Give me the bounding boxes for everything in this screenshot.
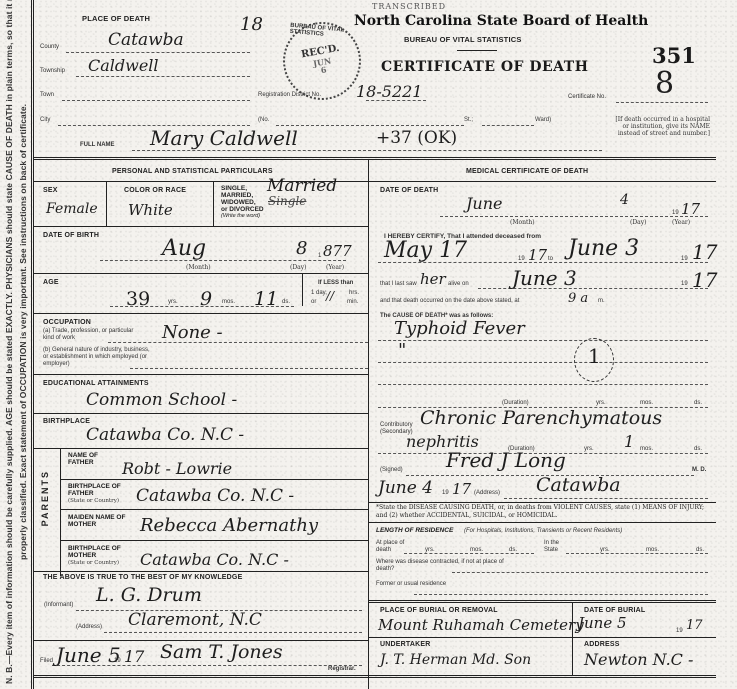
certificate-no-value[interactable]: 8 bbox=[655, 66, 674, 101]
place-of-death-heading: PLACE OF DEATH bbox=[82, 14, 150, 23]
footnote: *State the DISEASE CAUSING DEATH, or, in… bbox=[376, 504, 712, 519]
marital-value[interactable]: Married bbox=[267, 176, 337, 196]
registration-district-label: Registration District No. bbox=[258, 92, 321, 98]
ward-label: Ward) bbox=[535, 117, 551, 123]
signed-year[interactable]: 17 bbox=[452, 480, 471, 498]
margin-border bbox=[31, 0, 34, 689]
parents-label: PARENTS bbox=[40, 470, 50, 526]
birthplace-value[interactable]: Catawba Co. N.C - bbox=[86, 425, 244, 445]
marital-struck-value: Single bbox=[268, 194, 306, 208]
dob-day[interactable]: 8 bbox=[296, 238, 307, 259]
color-label: COLOR OR RACE bbox=[124, 187, 186, 194]
burial-year[interactable]: 17 bbox=[686, 618, 703, 633]
mother-birthplace-label: BIRTHPLACE OF MOTHER bbox=[68, 545, 128, 559]
page-number: 351 bbox=[652, 43, 696, 68]
less-than-min[interactable]: // bbox=[326, 289, 334, 303]
father-name-label: NAME OF FATHER bbox=[68, 452, 118, 466]
filed-date[interactable]: June 5 bbox=[56, 643, 121, 667]
dod-day[interactable]: 4 bbox=[620, 192, 629, 208]
age-years[interactable]: 39 bbox=[126, 288, 150, 310]
attended-from[interactable]: May 17 bbox=[384, 238, 467, 263]
father-birthplace-value[interactable]: Catawba Co. N.C - bbox=[136, 486, 294, 506]
side-instructions: N. B.—Every item of information should b… bbox=[2, 0, 32, 689]
undertaker-value[interactable]: J. T. Herman Md. Son bbox=[380, 652, 531, 668]
city-label: City bbox=[40, 117, 50, 123]
personal-heading: PERSONAL AND STATISTICAL PARTICULARS bbox=[112, 168, 273, 175]
attended-to[interactable]: June 3 bbox=[568, 236, 639, 261]
st-label: St.; bbox=[464, 117, 473, 123]
occupation-b-label: (b) General nature of industry, business… bbox=[43, 347, 153, 368]
signed-value[interactable]: Fred J Long bbox=[446, 448, 566, 472]
last-saw-pronoun[interactable]: her bbox=[420, 270, 446, 288]
township-label: Township bbox=[40, 68, 65, 74]
last-saw-year[interactable]: 17 bbox=[692, 268, 717, 292]
dob-year[interactable]: 877 bbox=[323, 242, 352, 260]
side-instructions-line1: N. B.—Every item of information should b… bbox=[4, 4, 14, 684]
full-name-annotation: +37 (OK) bbox=[376, 128, 457, 148]
sex-value[interactable]: Female bbox=[46, 201, 98, 217]
occupation-a-value[interactable]: None - bbox=[162, 322, 223, 343]
burial-place-value[interactable]: Mount Ruhamah Cemetery bbox=[378, 616, 584, 634]
color-value[interactable]: White bbox=[128, 201, 173, 219]
dob-month[interactable]: Aug bbox=[162, 236, 206, 261]
cause-ditto: " bbox=[398, 340, 406, 361]
full-name-value[interactable]: Mary Caldwell bbox=[150, 126, 298, 150]
no-label: (No. bbox=[258, 117, 269, 123]
residence-heading: LENGTH OF RESIDENCE bbox=[376, 527, 453, 534]
father-name-value[interactable]: Robt - Lowrie bbox=[122, 459, 232, 478]
cause-annotation: 1 bbox=[588, 344, 601, 368]
filed-year[interactable]: 17 bbox=[124, 647, 144, 666]
marital-label: SINGLE, MARRIED, WIDOWED, or DIVORCED (W… bbox=[221, 185, 264, 220]
dod-year[interactable]: 17 bbox=[681, 200, 700, 218]
education-label: EDUCATIONAL ATTAINMENTS bbox=[43, 380, 149, 387]
occupation-heading: OCCUPATION bbox=[43, 319, 91, 326]
medical-heading: MEDICAL CERTIFICATE OF DEATH bbox=[466, 168, 588, 175]
informant-address-value[interactable]: Claremont, N.C bbox=[128, 610, 262, 630]
age-days[interactable]: 11 bbox=[254, 288, 278, 310]
county-label: County bbox=[40, 44, 59, 50]
last-saw-date[interactable]: June 3 bbox=[512, 266, 577, 290]
dob-label: DATE OF BIRTH bbox=[43, 232, 99, 239]
father-birthplace-label: BIRTHPLACE OF FATHER bbox=[68, 483, 128, 497]
burial-date-label: DATE OF BURIAL bbox=[584, 607, 645, 614]
bureau-title: BUREAU OF VITAL STATISTICS bbox=[404, 35, 522, 44]
sex-label: SEX bbox=[43, 187, 58, 194]
undertaker-label: UNDERTAKER bbox=[380, 641, 430, 648]
signed-address-value[interactable]: Catawba bbox=[536, 474, 621, 496]
undertaker-address-label: ADDRESS bbox=[584, 641, 620, 648]
attended-to-year[interactable]: 17 bbox=[692, 240, 717, 264]
birthplace-label: BIRTHPLACE bbox=[43, 418, 90, 425]
knowledge-statement: THE ABOVE IS TRUE TO THE BEST OF MY KNOW… bbox=[43, 574, 242, 581]
education-value[interactable]: Common School - bbox=[86, 390, 237, 410]
full-name-label: FULL NAME bbox=[80, 142, 115, 148]
mother-name-value[interactable]: Rebecca Abernathy bbox=[140, 515, 318, 536]
county-value[interactable]: Catawba bbox=[108, 30, 184, 50]
side-instructions-line2: properly classified. Exact statement of … bbox=[18, 80, 28, 560]
burial-place-label: PLACE OF BURIAL OR REMOVAL bbox=[380, 607, 498, 614]
mother-name-label: MAIDEN NAME OF MOTHER bbox=[68, 514, 132, 528]
certificate-title: CERTIFICATE OF DEATH bbox=[381, 59, 588, 75]
attended-from-year[interactable]: 17 bbox=[528, 246, 547, 264]
undertaker-address-value[interactable]: Newton N.C - bbox=[584, 650, 693, 669]
dod-label: DATE OF DEATH bbox=[380, 187, 438, 194]
age-label: AGE bbox=[43, 279, 59, 286]
hospital-note: [If death occurred in a hospital or inst… bbox=[610, 116, 710, 137]
dod-month[interactable]: June bbox=[466, 194, 503, 213]
age-months[interactable]: 9 bbox=[200, 288, 212, 310]
stamp-day: 6 bbox=[320, 66, 327, 75]
signed-date[interactable]: June 4 bbox=[378, 478, 433, 498]
occupation-a-label: (a) Trade, profession, or particular kin… bbox=[43, 328, 143, 342]
county-code: 18 bbox=[240, 14, 263, 35]
cause-value[interactable]: Typhoid Fever bbox=[394, 318, 525, 339]
stamp-ring-text: BUREAU OF VITAL STATISTICS bbox=[289, 23, 354, 41]
town-label: Town bbox=[40, 92, 54, 98]
informant-value[interactable]: L. G. Drum bbox=[96, 584, 202, 606]
certificate-no-label: Certificate No. bbox=[568, 94, 606, 100]
contributory-value[interactable]: Chronic Parenchymatous bbox=[420, 407, 662, 429]
death-time-value[interactable]: 9 a bbox=[568, 291, 588, 306]
mother-birthplace-value[interactable]: Catawba Co. N.C - bbox=[140, 550, 289, 569]
contributory-duration-mos[interactable]: 1 bbox=[624, 432, 634, 451]
transcribed-stamp: TRANSCRIBED bbox=[372, 2, 446, 11]
board-title: North Carolina State Board of Health bbox=[354, 13, 648, 29]
township-value[interactable]: Caldwell bbox=[88, 56, 159, 75]
registration-district-value[interactable]: 18-5221 bbox=[356, 82, 422, 101]
registrar-value[interactable]: Sam T. Jones bbox=[160, 641, 283, 663]
burial-date-value[interactable]: June 5 bbox=[578, 614, 627, 632]
